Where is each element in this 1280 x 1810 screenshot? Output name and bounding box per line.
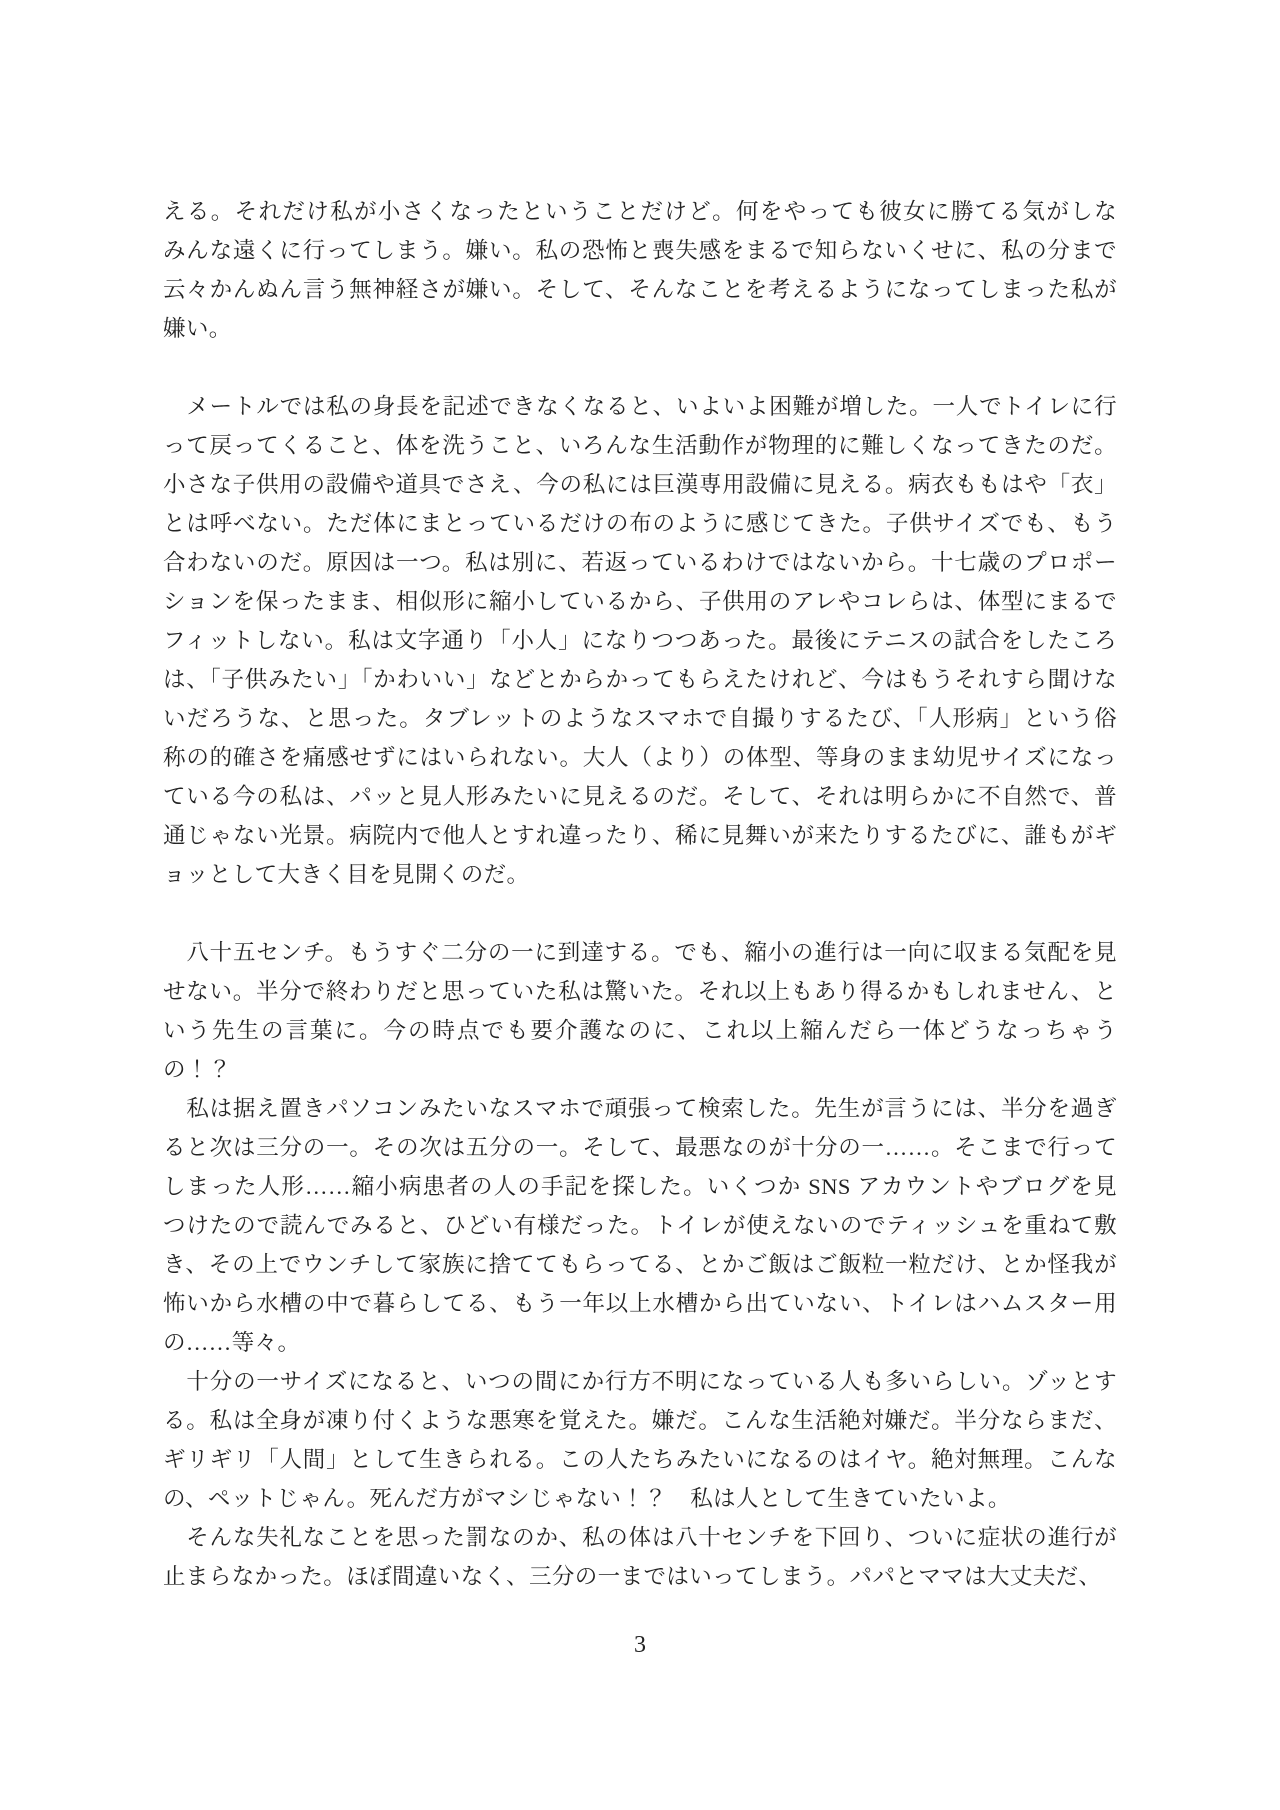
paragraph: 八十五センチ。もうすぐ二分の一に到達する。でも、縮小の進行は一向に収まる気配を見… [163,933,1117,1089]
text-line: 称の的確さを痛感せずにはいられない。大人（より）の体型、等身のまま幼児サイズにな… [163,738,1117,777]
text-line: 通じゃない光景。病院内で他人とすれ違ったり、稀に見舞いが来たりするたびに、誰もが… [163,816,1117,855]
paragraph: メートルでは私の身長を記述できなくなると、いよいよ困難が増した。一人でトイレに行… [163,387,1117,894]
document-page: える。それだけ私が小さくなったということだけど。何をやっても彼女に勝てる気がしな… [0,0,1280,1810]
text-line: 私は据え置きパソコンみたいなスマホで頑張って検索した。先生が言うには、半分を過ぎ [163,1089,1117,1128]
text-line: 十分の一サイズになると、いつの間にか行方不明になっている人も多いらしい。ゾッとす [163,1362,1117,1401]
text-line: ている今の私は、パッと見人形みたいに見えるのだ。そして、それは明らかに不自然で、… [163,777,1117,816]
text-line: の……等々。 [163,1323,1117,1362]
paragraph: える。それだけ私が小さくなったということだけど。何をやっても彼女に勝てる気がしな… [163,192,1117,348]
text-line: フィットしない。私は文字通り「小人」になりつつあった。最後にテニスの試合をしたこ… [163,621,1117,660]
text-line: そんな失礼なことを思った罰なのか、私の体は八十センチを下回り、ついに症状の進行が [163,1518,1117,1557]
paragraph: そんな失礼なことを思った罰なのか、私の体は八十センチを下回り、ついに症状の進行が… [163,1518,1117,1596]
text-line: 小さな子供用の設備や道具でさえ、今の私には巨漢専用設備に見える。病衣ももはや「衣… [163,465,1117,504]
text-line: 嫌い。 [163,309,1117,348]
text-line: 怖いから水槽の中で暮らしてる、もう一年以上水槽から出ていない、トイレはハムスター… [163,1284,1117,1323]
text-line: 云々かんぬん言う無神経さが嫌い。そして、そんなことを考えるようになってしまった私… [163,270,1117,309]
text-line: は、「子供みたい」「かわいい」などとからかってもらえたけれど、今はもうそれすら聞… [163,660,1117,699]
text-line: ションを保ったまま、相似形に縮小しているから、子供用のアレやコレらは、体型にまる… [163,582,1117,621]
text-line: 八十五センチ。もうすぐ二分の一に到達する。でも、縮小の進行は一向に収まる気配を見 [163,933,1117,972]
paragraph: 私は据え置きパソコンみたいなスマホで頑張って検索した。先生が言うには、半分を過ぎ… [163,1089,1117,1362]
text-line: って戻ってくること、体を洗うこと、いろんな生活動作が物理的に難しくなってきたのだ… [163,426,1117,465]
text-line: みんな遠くに行ってしまう。嫌い。私の恐怖と喪失感をまるで知らないくせに、私の分ま… [163,231,1117,270]
text-line: つけたので読んでみると、ひどい有様だった。トイレが使えないのでティッシュを重ねて… [163,1206,1117,1245]
text-line: いう先生の言葉に。今の時点でも要介護なのに、これ以上縮んだら一体どうなっちゃう [163,1011,1117,1050]
page-number: 3 [0,1632,1280,1659]
text-line: える。それだけ私が小さくなったということだけど。何をやっても彼女に勝てる気がしな… [163,192,1117,231]
body-text: える。それだけ私が小さくなったということだけど。何をやっても彼女に勝てる気がしな… [163,192,1117,1596]
text-line: ギリギリ「人間」として生きられる。この人たちみたいになるのはイヤ。絶対無理。こん… [163,1440,1117,1479]
text-line: とは呼べない。ただ体にまとっているだけの布のように感じてきた。子供サイズでも、も… [163,504,1117,543]
text-line: る。私は全身が凍り付くような悪寒を覚えた。嫌だ。こんな生活絶対嫌だ。半分ならまだ… [163,1401,1117,1440]
text-line: メートルでは私の身長を記述できなくなると、いよいよ困難が増した。一人でトイレに行 [163,387,1117,426]
text-line: ると次は三分の一。その次は五分の一。そして、最悪なのが十分の一……。そこまで行っ… [163,1128,1117,1167]
text-line: き、その上でウンチして家族に捨ててもらってる、とかご飯はご飯粒一粒だけ、とか怪我… [163,1245,1117,1284]
text-line: しまった人形……縮小病患者の人の手記を探した。いくつか SNS アカウントやブロ… [163,1167,1117,1206]
text-line: の、ペットじゃん。死んだ方がマシじゃない！？ 私は人として生きていたいよ。 [163,1479,1117,1518]
paragraph: 十分の一サイズになると、いつの間にか行方不明になっている人も多いらしい。ゾッとす… [163,1362,1117,1518]
text-line: 合わないのだ。原因は一つ。私は別に、若返っているわけではないから。十七歳のプロポ… [163,543,1117,582]
text-line: の！？ [163,1050,1117,1089]
text-line: 止まらなかった。ほぼ間違いなく、三分の一まではいってしまう。パパとママは大丈夫だ… [163,1557,1117,1596]
text-line: ョッとして大きく目を見開くのだ。 [163,855,1117,894]
text-line: いだろうな、と思った。タブレットのようなスマホで自撮りするたび、「人形病」という… [163,699,1117,738]
text-line: せない。半分で終わりだと思っていた私は驚いた。それ以上もあり得るかもしれません、… [163,972,1117,1011]
